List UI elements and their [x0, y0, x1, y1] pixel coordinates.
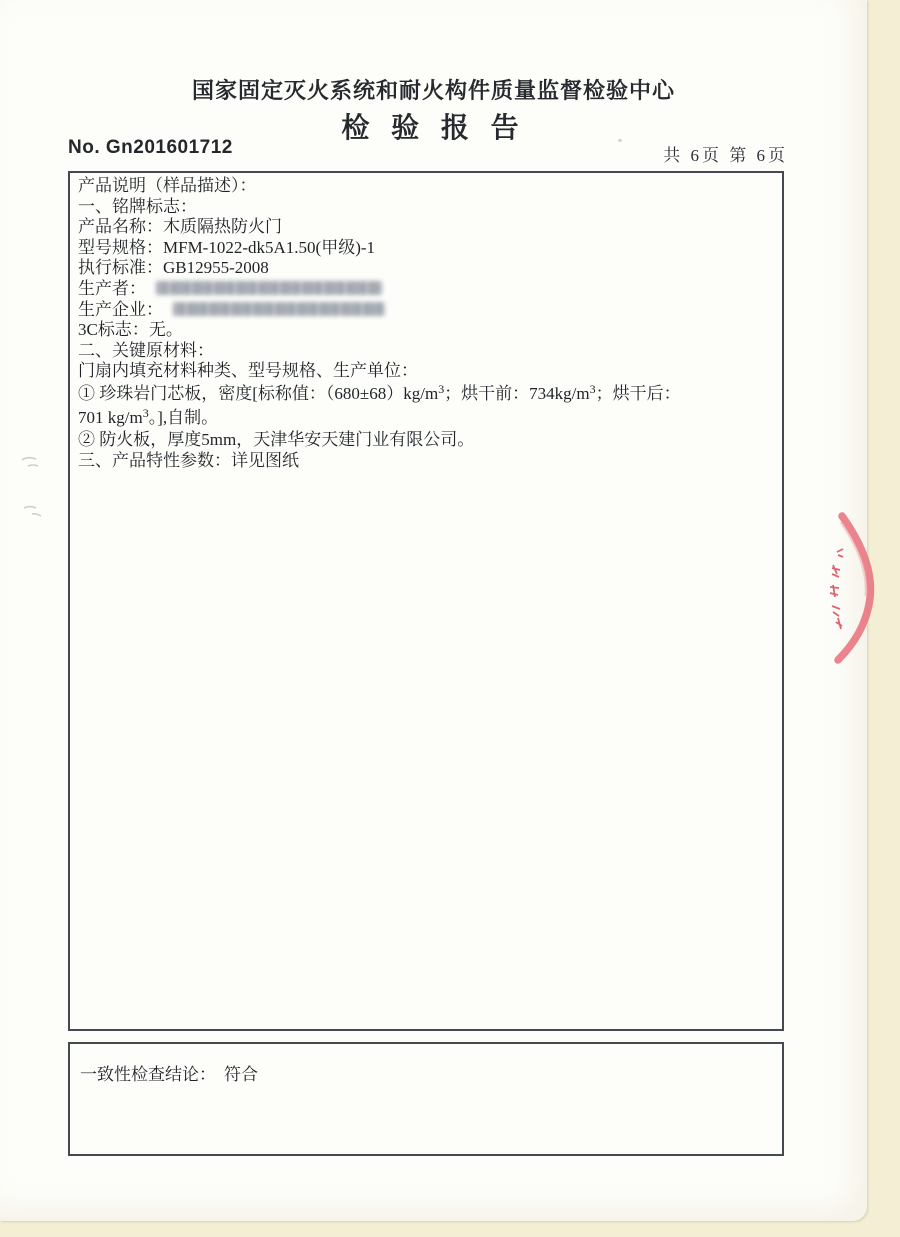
description-line: 产品说明（样品描述）： — [78, 176, 774, 197]
text-run: ；烘干后： — [596, 384, 681, 403]
redacted-company-name — [156, 281, 382, 295]
description-lines: 产品说明（样品描述）：一、铭牌标志：产品名称：木质隔热防火门型号规格：MFM-1… — [70, 173, 782, 471]
description-line: 二、关键原材料： — [78, 341, 774, 362]
conclusion-value: 符合 — [224, 1065, 258, 1084]
conclusion-box: 一致性检查结论：符合 — [68, 1042, 784, 1156]
description-line: 3C标志：无。 — [78, 320, 774, 341]
org-title: 国家固定灭火系统和耐火构件质量监督检验中心 — [0, 74, 867, 105]
description-line: 701 kg/m3。],自制。 — [78, 406, 774, 430]
pencil-mark — [14, 448, 59, 523]
description-line: 三、产品特性参数：详见图纸 — [78, 451, 774, 472]
product-description-box: 产品说明（样品描述）：一、铭牌标志：产品名称：木质隔热防火门型号规格：MFM-1… — [68, 171, 784, 1031]
superscript: 3 — [143, 406, 149, 420]
text-run: ；烘干前：734kg/m — [444, 384, 589, 403]
superscript: 3 — [590, 382, 596, 396]
description-line: 产品名称：木质隔热防火门 — [78, 217, 774, 238]
red-seal-stamp-partial — [820, 510, 896, 665]
redacted-company-name — [173, 302, 385, 316]
scan-background: 国家固定灭火系统和耐火构件质量监督检验中心 检 验 报 告 No. Gn2016… — [0, 0, 900, 1237]
text-run: ① 珍珠岩门芯板，密度[标称值：（680±68）kg/m — [78, 384, 438, 403]
conclusion-label: 一致性检查结论： — [80, 1065, 216, 1084]
description-line: 一、铭牌标志： — [78, 197, 774, 218]
description-line: 门扇内填充材料种类、型号规格、生产单位： — [78, 361, 774, 382]
description-line: 生产企业： — [78, 300, 774, 321]
conclusion-line: 一致性检查结论：符合 — [70, 1044, 782, 1085]
superscript: 3 — [438, 382, 444, 396]
report-number: No. Gn201601712 — [68, 137, 233, 159]
page-indicator: 共 6页 第 6页 — [663, 141, 788, 166]
seal-glyph-marks — [830, 549, 843, 629]
description-line: ① 珍珠岩门芯板，密度[标称值：（680±68）kg/m3；烘干前：734kg/… — [78, 382, 774, 406]
description-line: 型号规格：MFM-1022-dk5A1.50(甲级)-1 — [78, 238, 774, 259]
paper-sheet: 国家固定灭火系统和耐火构件质量监督检验中心 检 验 报 告 No. Gn2016… — [0, 0, 867, 1221]
description-line: ② 防火板，厚度5mm，天津华安天建门业有限公司。 — [78, 430, 774, 451]
text-run: 701 kg/m — [78, 408, 143, 427]
field-label: 生产企业： — [78, 300, 163, 319]
field-label: 生产者： — [78, 279, 146, 298]
description-line: 执行标准：GB12955-2008 — [78, 258, 774, 279]
text-run: 。],自制。 — [149, 408, 218, 427]
scan-speck — [618, 139, 622, 142]
description-line: 生产者： — [78, 279, 774, 300]
